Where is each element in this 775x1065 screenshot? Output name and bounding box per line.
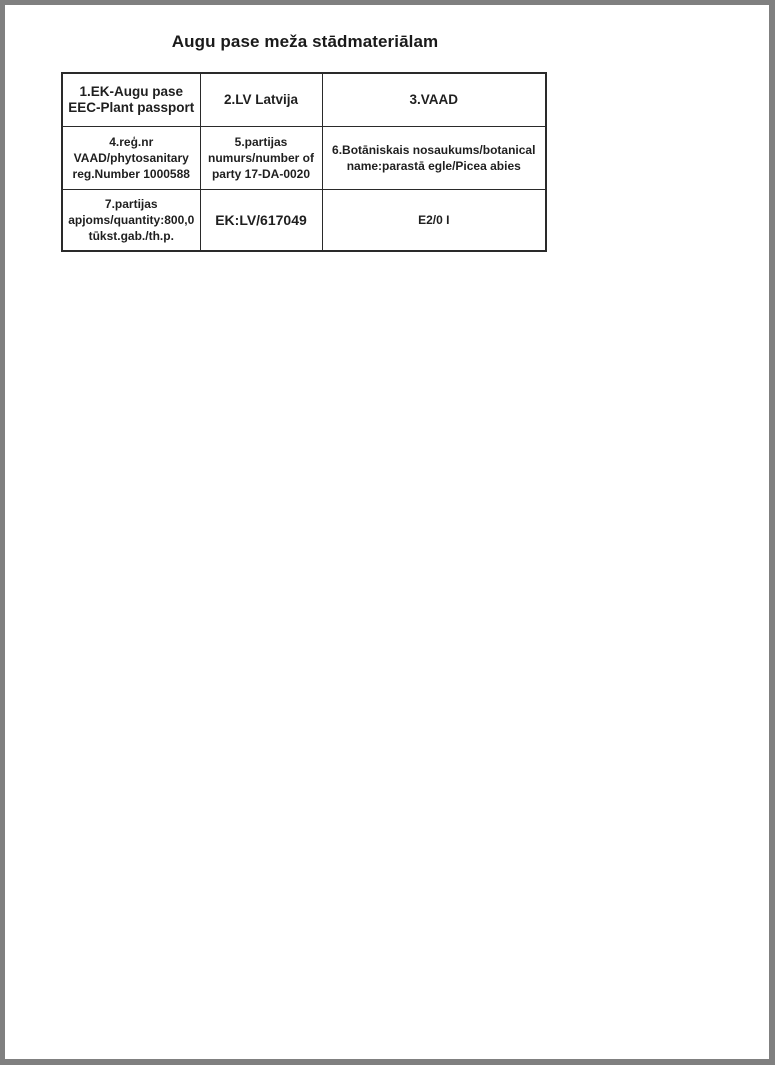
cell-authority: 3.VAAD xyxy=(322,73,546,127)
cell-botanical-name: 6.Botāniskais nosaukums/botanical name:p… xyxy=(322,127,546,190)
cell-country: 2.LV Latvija xyxy=(200,73,322,127)
cell-ek-code: EK:LV/617049 xyxy=(200,190,322,252)
cell-eu-plant-passport: 1.EK-Augu pase EEC-Plant passport xyxy=(62,73,200,127)
plant-passport-table: 1.EK-Augu pase EEC-Plant passport 2.LV L… xyxy=(61,72,547,252)
cell-registration-number: 4.reģ.nr VAAD/phytosanitary reg.Number 1… xyxy=(62,127,200,190)
cell-party-number: 5.partijas numurs/number of party 17-DA-… xyxy=(200,127,322,190)
table-row: 7.partijas apjoms/quantity:800,0 tūkst.g… xyxy=(62,190,546,252)
cell-origin-code: E2/0 I xyxy=(322,190,546,252)
table-row: 4.reģ.nr VAAD/phytosanitary reg.Number 1… xyxy=(62,127,546,190)
table-row: 1.EK-Augu pase EEC-Plant passport 2.LV L… xyxy=(62,73,546,127)
document-title: Augu pase meža stādmateriālam xyxy=(5,32,605,52)
cell-quantity: 7.partijas apjoms/quantity:800,0 tūkst.g… xyxy=(62,190,200,252)
page-frame: Augu pase meža stādmateriālam 1.EK-Augu … xyxy=(0,0,775,1065)
